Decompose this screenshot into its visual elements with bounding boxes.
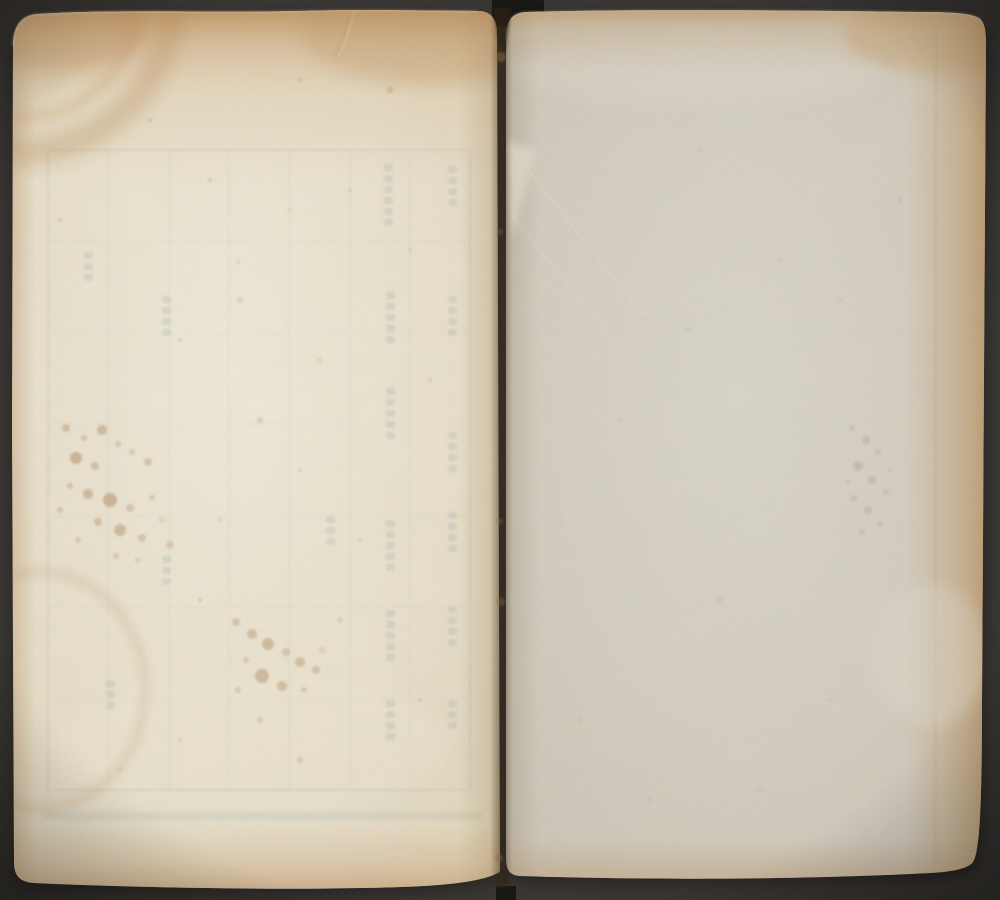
scan-stage <box>0 0 1000 900</box>
book-scan <box>0 0 1000 900</box>
vignette <box>0 0 1000 900</box>
